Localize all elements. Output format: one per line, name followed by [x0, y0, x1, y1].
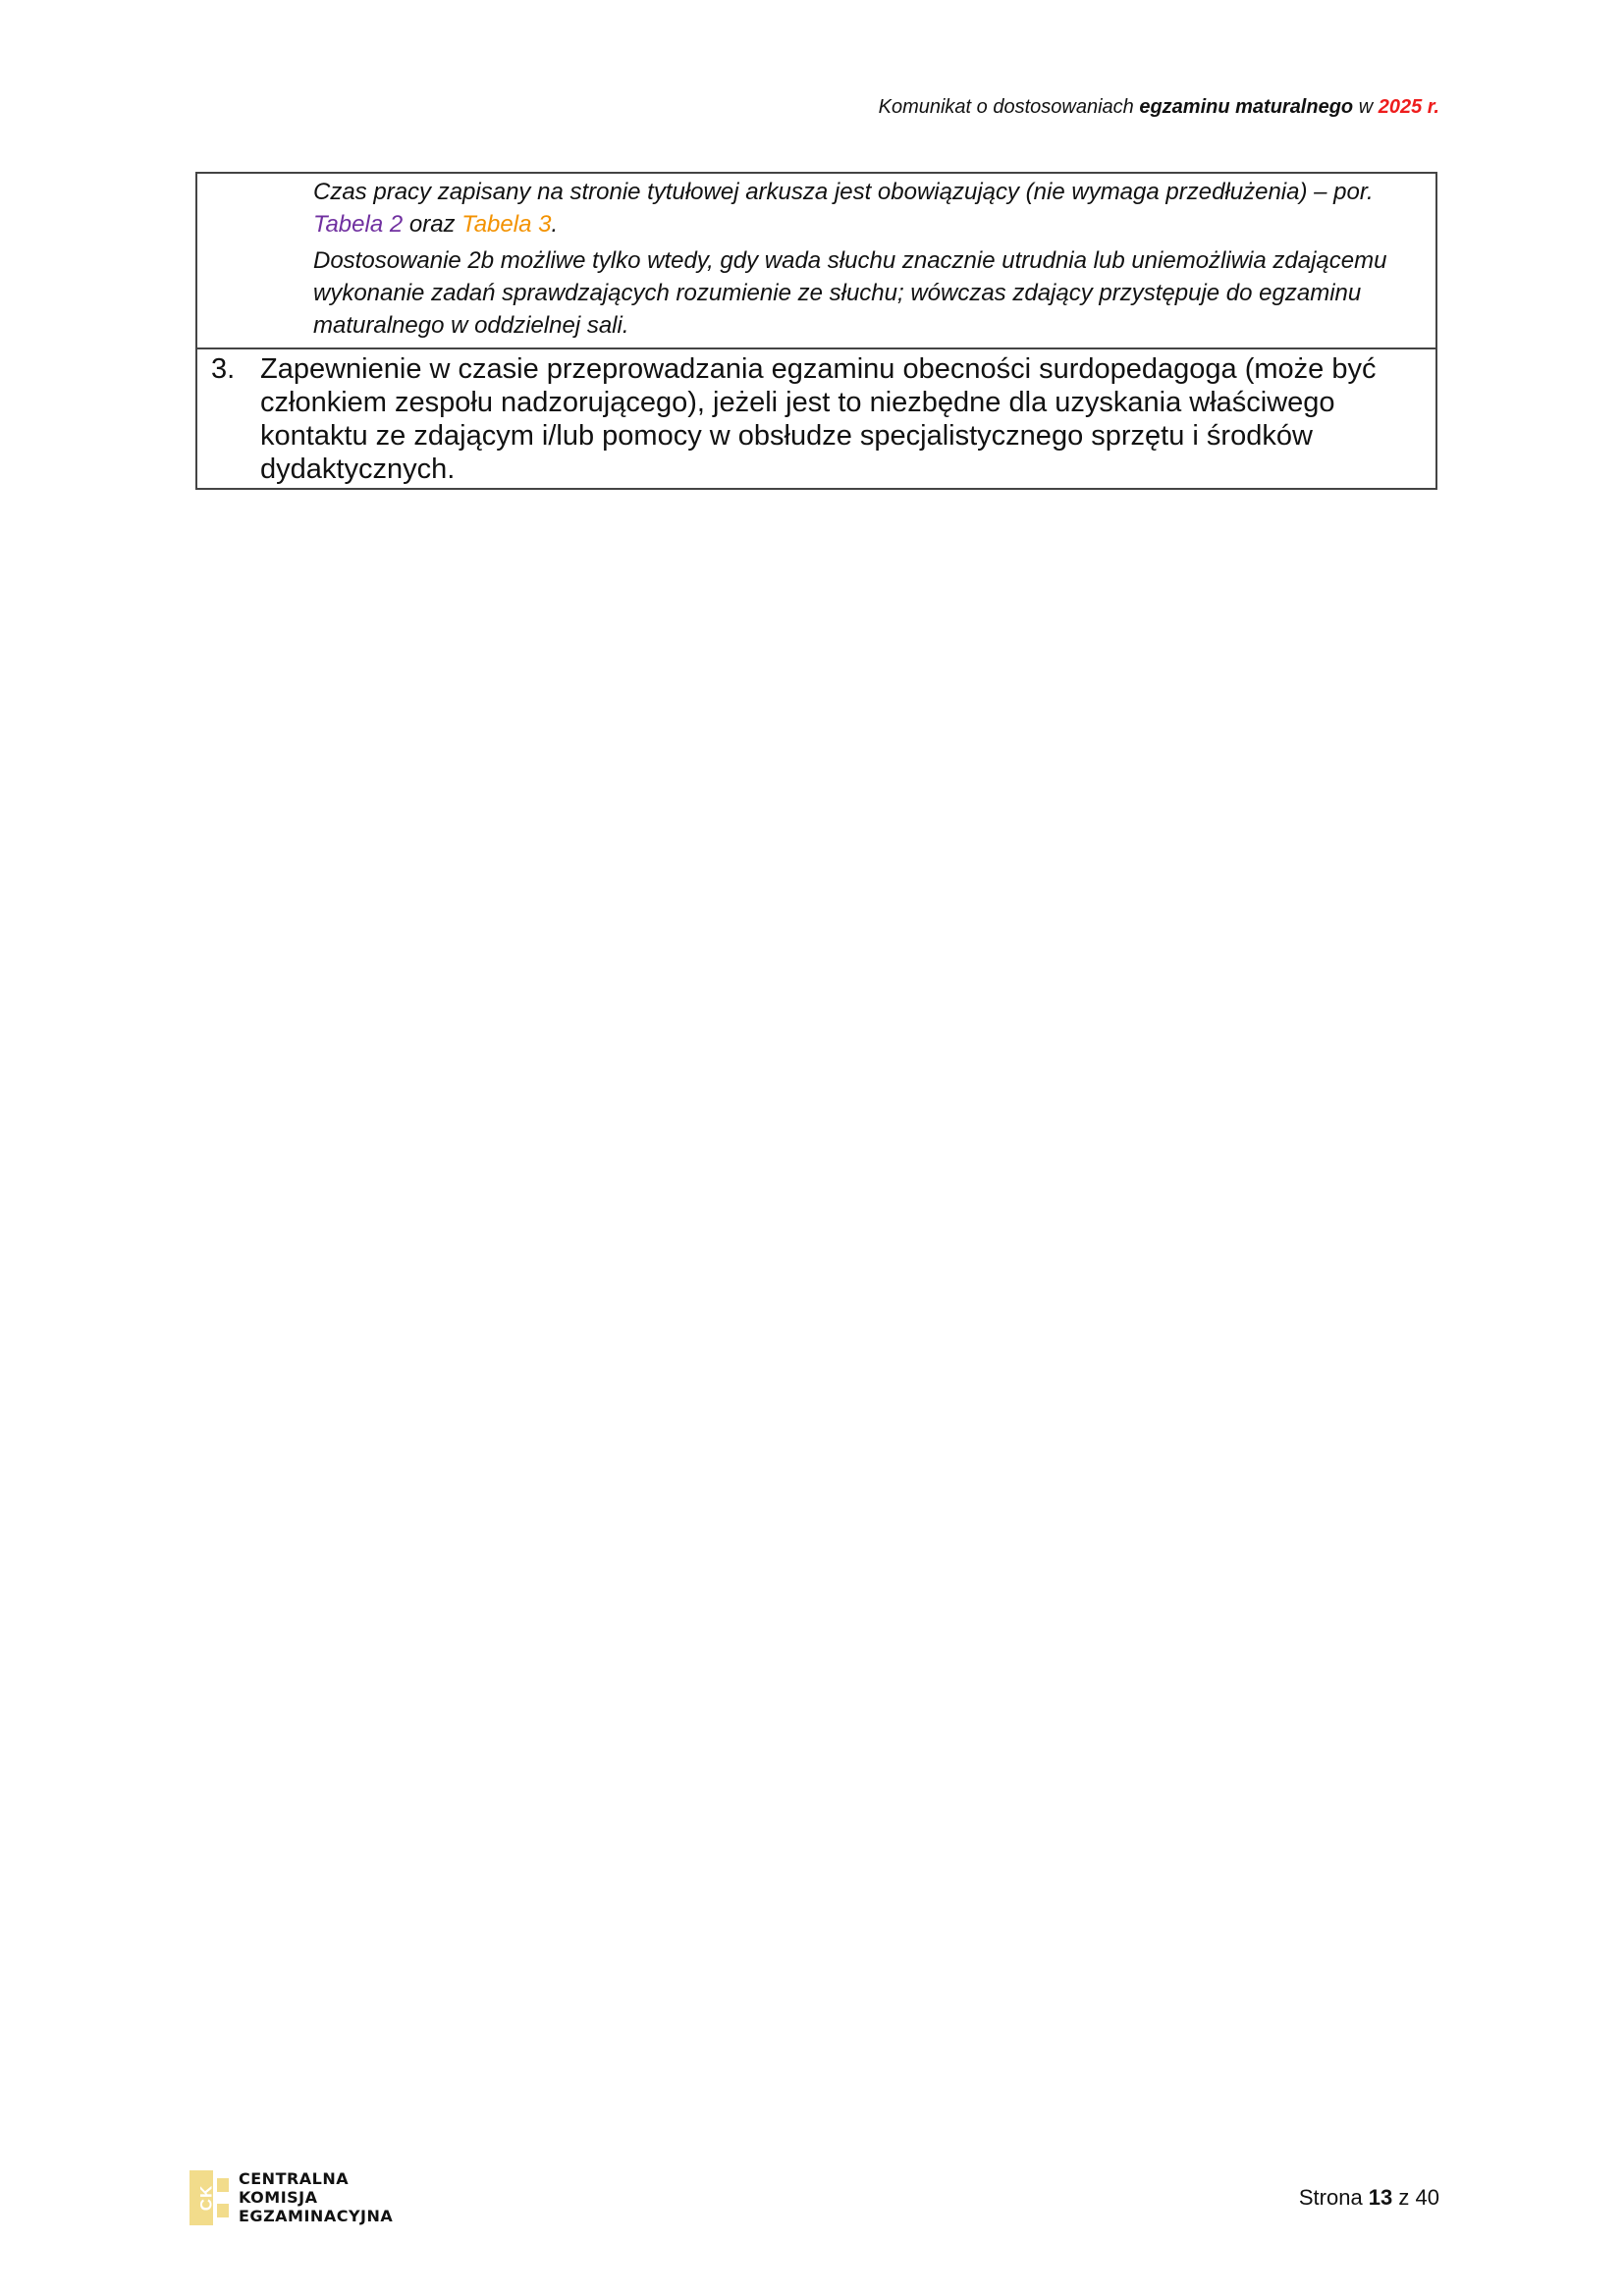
adjustments-table: Czas pracy zapisany na stronie tytułowej… — [195, 172, 1437, 490]
page-current: 13 — [1369, 2185, 1392, 2210]
note-paragraph-2b: Dostosowanie 2b możliwe tylko wtedy, gdy… — [313, 244, 1416, 342]
note-conj: oraz — [403, 211, 461, 238]
header-year: 2025 r. — [1379, 96, 1439, 118]
cke-logo-icon: CK — [189, 2170, 229, 2225]
logo-text: CENTRALNA KOMISJA EGZAMINACYJNA — [239, 2169, 393, 2225]
page-total: 40 — [1416, 2185, 1439, 2210]
note-end: . — [551, 211, 558, 238]
page-prefix: Strona — [1299, 2185, 1369, 2210]
header-prefix: Komunikat o dostosowaniach — [879, 96, 1140, 118]
table-row-note: Czas pracy zapisany na stronie tytułowej… — [197, 174, 1435, 349]
header-bold: egzaminu maturalnego — [1139, 96, 1353, 118]
link-tabela-3[interactable]: Tabela 3 — [461, 211, 551, 238]
page-number: Strona 13 z 40 — [1299, 2185, 1439, 2211]
logo-line-2: KOMISJA — [239, 2188, 393, 2207]
cke-logo: CK CENTRALNA KOMISJA EGZAMINACYJNA — [189, 2169, 393, 2225]
logo-line-3: EGZAMINACYJNA — [239, 2207, 393, 2225]
logo-line-1: CENTRALNA — [239, 2169, 393, 2188]
page-sep: z — [1392, 2185, 1415, 2210]
note-paragraph-time: Czas pracy zapisany na stronie tytułowej… — [313, 176, 1416, 240]
running-header: Komunikat o dostosowaniach egzaminu matu… — [879, 96, 1439, 119]
header-mid: w — [1353, 96, 1379, 118]
table-row-item-3: 3. Zapewnienie w czasie przeprowadzania … — [197, 349, 1435, 488]
item-number: 3. — [211, 352, 235, 386]
item-text: Zapewnienie w czasie przeprowadzania egz… — [260, 353, 1377, 485]
logo-e-shape — [213, 2170, 229, 2225]
note-text: Czas pracy zapisany na stronie tytułowej… — [313, 179, 1374, 205]
link-tabela-2[interactable]: Tabela 2 — [313, 211, 403, 238]
